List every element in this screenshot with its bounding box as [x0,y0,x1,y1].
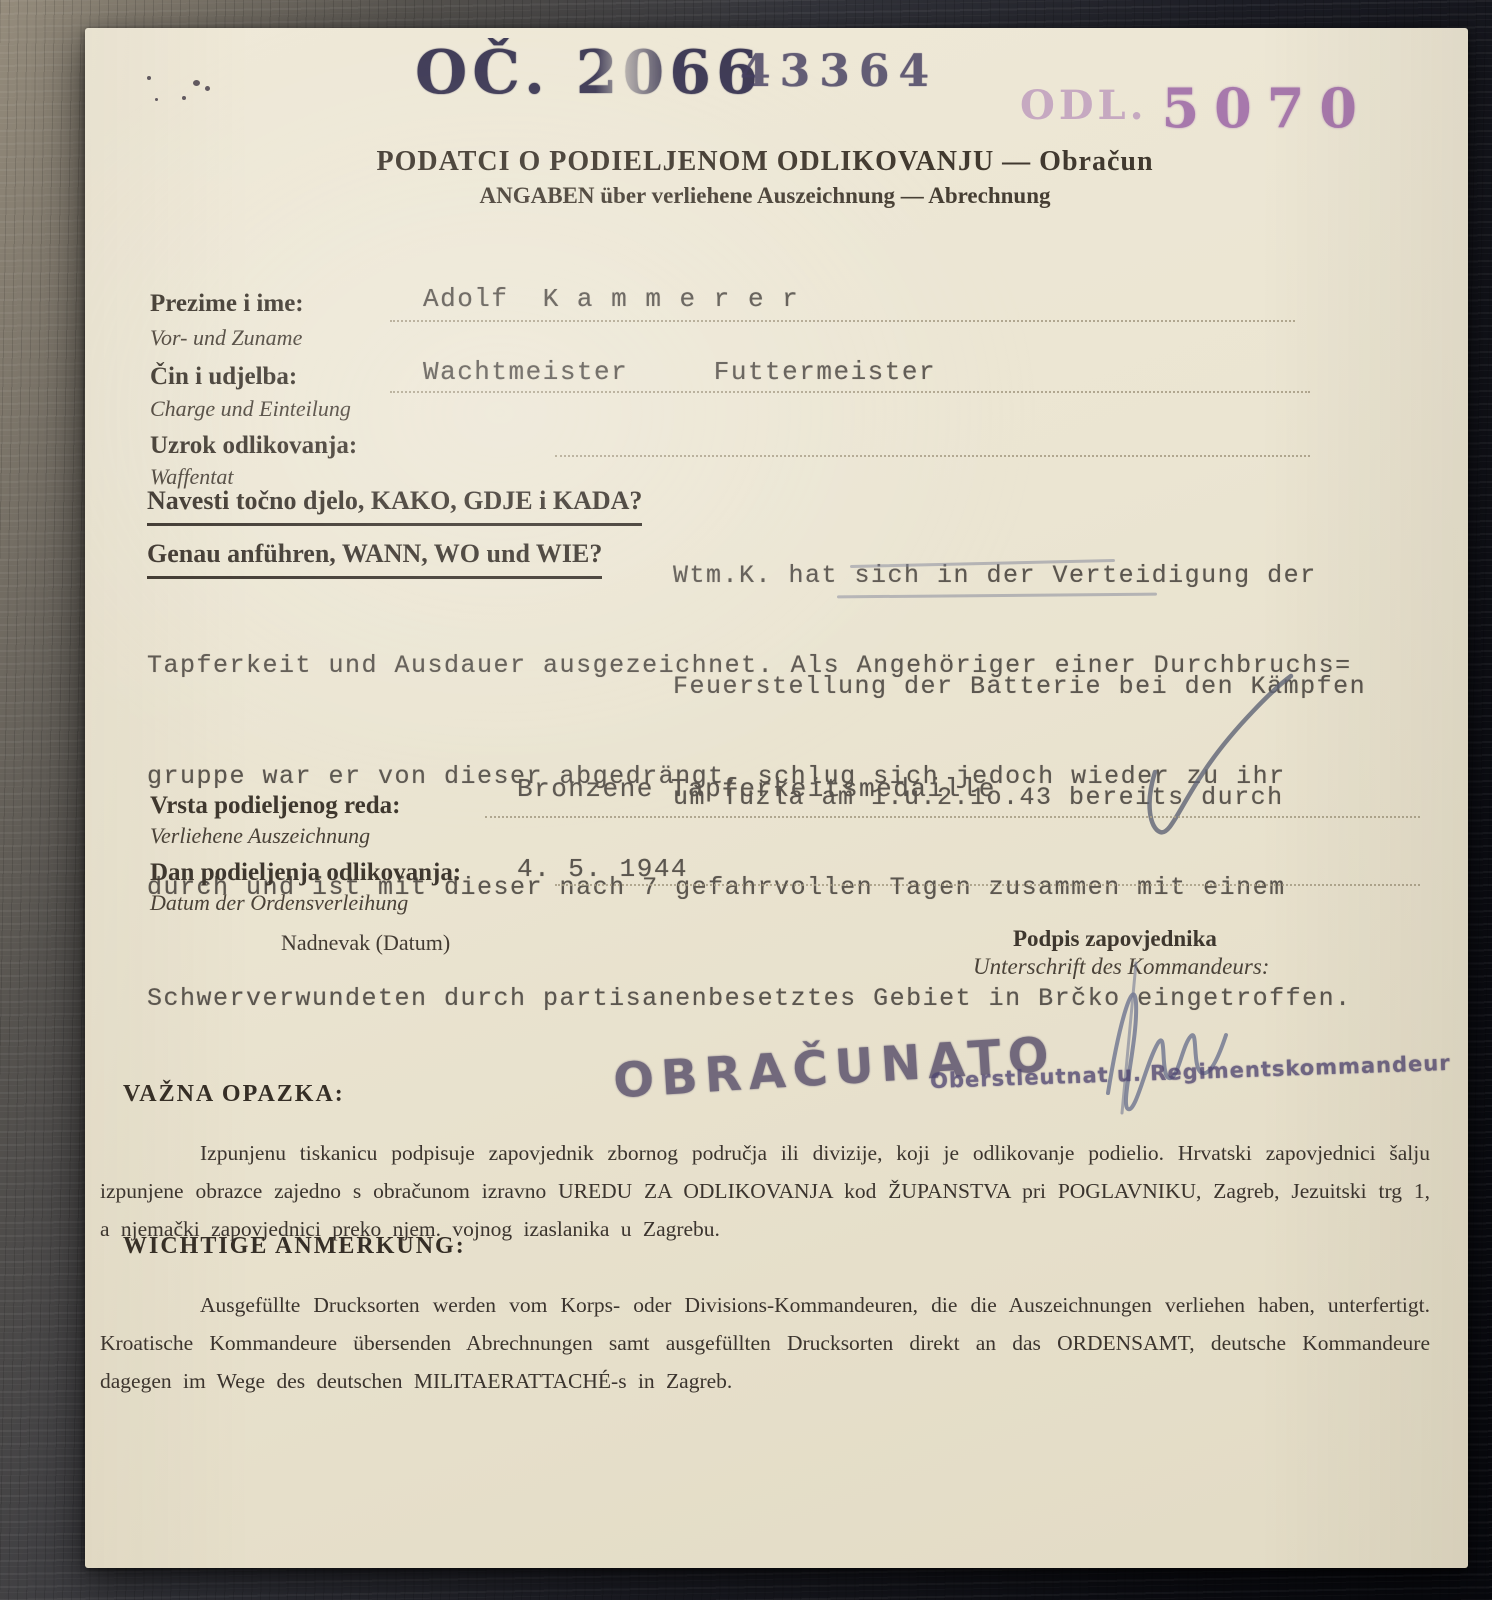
ink-speck [193,80,200,86]
rank-label-de: Charge und Einteilung [150,396,351,422]
rank-label-hr: Čin i udjelba: [150,363,297,391]
odl-stamp-label: ODL. [1020,82,1148,129]
award-value: Bronzene Tapferkeitsmedaille [517,774,996,804]
commander-signature [1070,963,1290,1123]
award-date-value: 4. 5. 1944 [517,854,688,884]
important-note-body-de: Ausgefüllte Drucksorten werden vom Korps… [100,1286,1430,1400]
document-sheet: OČ. 2066 43364 ODL.5070 PODATCI O PODIEL… [85,28,1468,1568]
registry-number-stamp: OČ. 2066 [415,38,763,108]
important-note-body-hr: Izpunjenu tiskanicu podpisuje zapovjedni… [100,1134,1430,1248]
signature-label-hr: Podpis zapovjednika [1013,926,1217,952]
odl-stamp-number: 5070 [1162,76,1372,140]
deed-question-hr: Navesti točno djelo, KAKO, GDJE i KADA? [147,486,642,526]
serial-number-stamp: 43364 [740,46,938,97]
important-note-heading-hr: VAŽNA OPAZKA: [123,1081,345,1108]
form-title-german: ANGABEN über verliehene Auszeichnung — A… [400,183,1130,209]
form-title-croatian: PODATCI O PODIELJENOM ODLIKOVANJU — Obra… [310,146,1220,178]
important-note-heading-de: WICHTIGE ANMERKUNG: [123,1233,466,1260]
date-caption: Nadnevak (Datum) [281,930,450,956]
award-label-de: Verliehene Auszeichnung [150,823,370,849]
date-caption-text: Nadnevak (Datum) [281,930,450,955]
name-dotted-line [390,320,1295,322]
ink-speck [155,98,158,101]
award-dotted-line [485,816,1420,818]
ink-speck [205,86,210,91]
award-date-label-de: Datum der Ordensverleihung [150,890,408,916]
reason-dotted-line [555,455,1310,457]
award-label-hr: Vrsta podieljenog reda: [150,792,400,820]
reason-label-hr: Uzrok odlikovanja: [150,432,357,460]
award-date-label-hr: Dan podieljenja odlikovanja: [150,859,461,887]
ink-speck [182,96,186,100]
name-value: Adolf K a m m e r e r [423,284,799,314]
name-label-de: Vor- und Zuname [150,325,302,351]
ink-speck [147,76,151,80]
rank-value: Wachtmeister Futtermeister [423,357,936,387]
name-label-hr: Prezime i ime: [150,290,304,318]
award-date-dotted-line [555,884,1420,886]
odl-number-stamp: ODL.5070 [1020,76,1372,140]
rank-dotted-line [390,391,1310,393]
